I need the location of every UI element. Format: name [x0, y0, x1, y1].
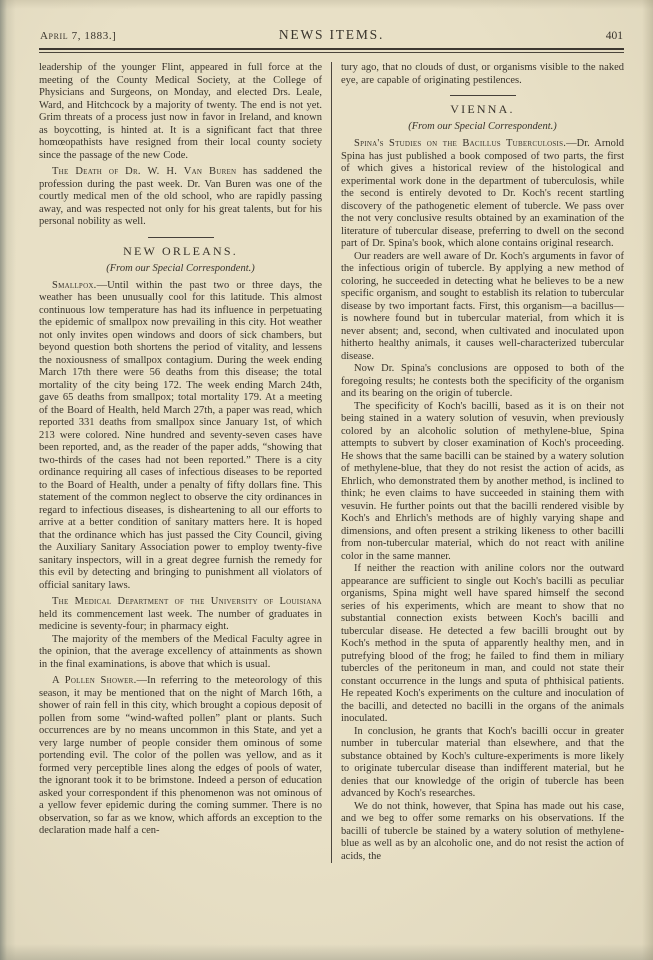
article-paragraph: The Medical Department of the University…: [39, 596, 322, 634]
issue-date: April 7, 1883.]: [40, 30, 116, 42]
right-column: tury ago, that no clouds of dust, or org…: [332, 62, 624, 863]
paragraph-text: held its commencement last week. The num…: [39, 609, 322, 633]
paragraph-lead: A Pollen Shower.: [52, 675, 136, 686]
article-paragraph: Spina's Studies on the Bacillus Tubercul…: [341, 138, 624, 251]
paragraph-text: In conclusion, he grants that Koch's bac…: [341, 726, 624, 800]
page-title: NEWS ITEMS.: [279, 27, 384, 43]
left-column: leadership of the younger Flint, appeare…: [39, 62, 331, 863]
article-paragraph: The specificity of Koch's bacilli, based…: [341, 401, 624, 564]
paragraph-text: The majority of the members of the Medic…: [39, 634, 322, 670]
article-paragraph: A Pollen Shower.—In referring to the met…: [39, 675, 322, 838]
article-paragraph: We do not think, however, that Spina has…: [341, 801, 624, 864]
paragraph-text: We do not think, however, that Spina has…: [341, 801, 624, 862]
paragraph-lead: The Death of Dr. W. H. Van Buren: [52, 166, 236, 177]
paragraph-text: Now Dr. Spina's conclusions are opposed …: [341, 363, 624, 399]
article-paragraph: Smallpox.—Until within the past two or t…: [39, 280, 322, 593]
page-number: 401: [606, 30, 623, 42]
text-columns: leadership of the younger Flint, appeare…: [39, 62, 624, 863]
section-divider-rule: [148, 237, 214, 238]
article-paragraph: Now Dr. Spina's conclusions are opposed …: [341, 363, 624, 401]
paragraph-text: The specificity of Koch's bacilli, based…: [341, 401, 624, 562]
paragraph-lead: The Medical Department of the University…: [52, 596, 322, 607]
paragraph-text: Our readers are well aware of Dr. Koch's…: [341, 251, 624, 362]
section-byline: (From our Special Correspondent.): [341, 121, 624, 132]
article-paragraph: Our readers are well aware of Dr. Koch's…: [341, 251, 624, 364]
section-byline: (From our Special Correspondent.): [39, 263, 322, 274]
article-paragraph: tury ago, that no clouds of dust, or org…: [341, 62, 624, 87]
section-divider-rule: [450, 95, 516, 96]
section-heading-vienna: VIENNA.: [341, 102, 624, 117]
article-paragraph: If neither the reaction with aniline col…: [341, 563, 624, 726]
article-paragraph: The Death of Dr. W. H. Van Buren has sad…: [39, 166, 322, 229]
paragraph-text: —Until within the past two or three days…: [39, 280, 322, 591]
paragraph-text: leadership of the younger Flint, appeare…: [39, 62, 322, 161]
paragraph-lead: Smallpox.: [52, 280, 97, 291]
header-rule: [39, 48, 624, 53]
section-heading-new-orleans: NEW ORLEANS.: [39, 244, 322, 259]
article-paragraph: leadership of the younger Flint, appeare…: [39, 62, 322, 162]
article-paragraph: The majority of the members of the Medic…: [39, 634, 322, 672]
article-paragraph: In conclusion, he grants that Koch's bac…: [341, 726, 624, 801]
paragraph-text: —Dr. Arnold Spina has just published a b…: [341, 138, 624, 249]
paragraph-text: tury ago, that no clouds of dust, or org…: [341, 62, 624, 86]
paragraph-text: —In referring to the meteorology of this…: [39, 675, 322, 836]
paragraph-text: If neither the reaction with aniline col…: [341, 563, 624, 724]
page-header: April 7, 1883.] NEWS ITEMS. 401: [40, 27, 623, 43]
journal-page: April 7, 1883.] NEWS ITEMS. 401 leadersh…: [0, 0, 653, 960]
paragraph-lead: Spina's Studies on the Bacillus Tubercul…: [354, 138, 566, 149]
